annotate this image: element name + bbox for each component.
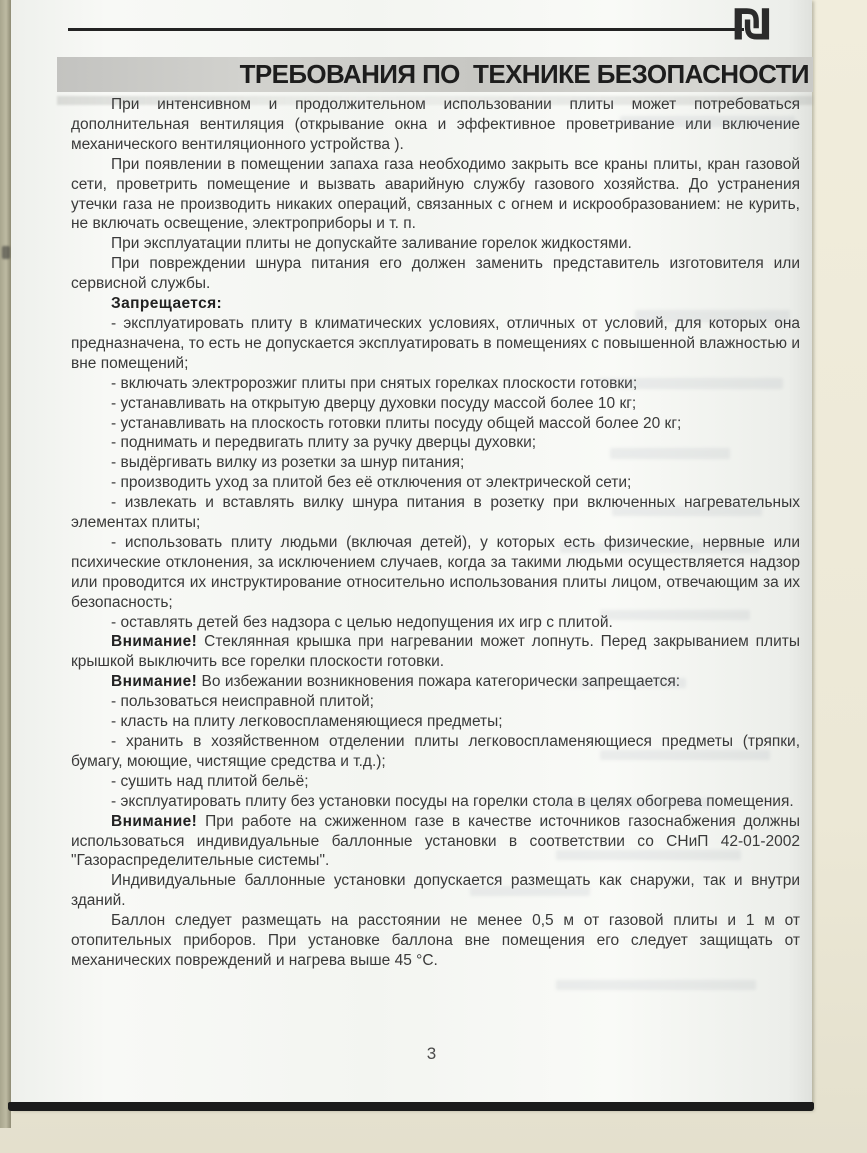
bleed-through-artifact <box>600 610 750 620</box>
brand-logo-icon: ₪ <box>733 4 771 46</box>
paragraph-text: - поднимать и передвигать плиту за ручку… <box>111 434 536 451</box>
section-title-band: ТРЕБОВАНИЯ ПО ТЕХНИКЕ БЕЗОПАСНОСТИ <box>57 57 813 92</box>
bleed-through-artifact <box>470 886 590 896</box>
manual-page: ₪ ТРЕБОВАНИЯ ПО ТЕХНИКЕ БЕЗОПАСНОСТИ При… <box>11 0 812 1110</box>
bleed-through-artifact <box>556 798 711 808</box>
paragraph-text: - оставлять детей без надзора с целью не… <box>111 614 613 631</box>
bleed-through-artifact <box>556 850 741 860</box>
bleed-through-artifact <box>556 678 686 688</box>
section-title: ТРЕБОВАНИЯ ПО ТЕХНИКЕ БЕЗОПАСНОСТИ <box>240 59 813 89</box>
paragraph-lead: Запрещается: <box>111 295 222 312</box>
paragraph-text: Индивидуальные баллонные установки допус… <box>71 872 800 909</box>
bleed-through-artifact <box>612 506 762 516</box>
prohibition-item: - пользоваться неисправной плитой; <box>71 692 800 712</box>
prohibition-item: - устанавливать на плоскость готовки пли… <box>71 414 800 434</box>
scan-artifact-smudge <box>2 246 10 259</box>
page-bottom-edge <box>8 1102 814 1111</box>
page-number: 3 <box>31 1044 832 1064</box>
paragraph-text: При появлении в помещении запаха газа не… <box>71 156 800 233</box>
bleed-through-artifact <box>635 310 790 322</box>
book-spine-edge <box>0 0 11 1128</box>
paragraph-text: - сушить над плитой бельё; <box>111 773 309 790</box>
paragraph: При появлении в помещении запаха газа не… <box>71 155 800 235</box>
prohibition-item: - устанавливать на открытую дверцу духов… <box>71 394 800 414</box>
paragraph-text: - эксплуатировать плиту в климатических … <box>71 315 800 372</box>
paragraph-text: - производить уход за плитой без её откл… <box>111 474 631 491</box>
paragraph: При эксплуатации плиты не допускайте зал… <box>71 234 800 254</box>
bleed-through-artifact <box>560 543 760 553</box>
warning-lead: Внимание! <box>111 633 197 650</box>
bleed-through-artifact <box>600 750 770 760</box>
paragraph: Индивидуальные баллонные установки допус… <box>71 871 800 911</box>
bleed-through-artifact <box>610 448 730 459</box>
paragraph-text: - включать электророзжиг плиты при сняты… <box>111 375 637 392</box>
paragraph: При повреждении шнура питания его должен… <box>71 254 800 294</box>
page-body-text: При интенсивном и продолжительном исполь… <box>71 95 800 971</box>
paragraph-text: При эксплуатации плиты не допускайте зал… <box>111 235 632 252</box>
warning-paragraph: Внимание! Во избежании возникновения пож… <box>71 672 800 692</box>
warning-lead: Внимание! <box>111 673 197 690</box>
paragraph-text: Баллон следует размещать на расстоянии н… <box>71 912 800 969</box>
paragraph-text: При повреждении шнура питания его должен… <box>71 255 800 292</box>
paragraph-text: - класть на плиту легковоспламеняющиеся … <box>111 713 503 730</box>
paragraph-text: - пользоваться неисправной плитой; <box>111 693 374 710</box>
paragraph-text: - устанавливать на плоскость готовки пли… <box>111 415 681 432</box>
warning-paragraph: Внимание! Стеклянная крышка при нагреван… <box>71 632 800 672</box>
paragraph-text: - выдёргивать вилку из розетки за шнур п… <box>111 454 464 471</box>
prohibition-item: - эксплуатировать плиту в климатических … <box>71 314 800 374</box>
prohibition-item: - производить уход за плитой без её откл… <box>71 473 800 493</box>
header-rule <box>68 28 744 31</box>
paragraph-text: - устанавливать на открытую дверцу духов… <box>111 395 636 412</box>
bleed-through-artifact <box>556 980 756 990</box>
bleed-through-artifact <box>620 116 795 127</box>
prohibition-item: - класть на плиту легковоспламеняющиеся … <box>71 712 800 732</box>
warning-paragraph: Внимание! При работе на сжиженном газе в… <box>71 812 800 872</box>
warning-lead: Внимание! <box>111 813 197 830</box>
prohibition-item: - сушить над плитой бельё; <box>71 772 800 792</box>
paragraph: Баллон следует размещать на расстоянии н… <box>71 911 800 971</box>
bleed-through-artifact <box>598 378 783 389</box>
